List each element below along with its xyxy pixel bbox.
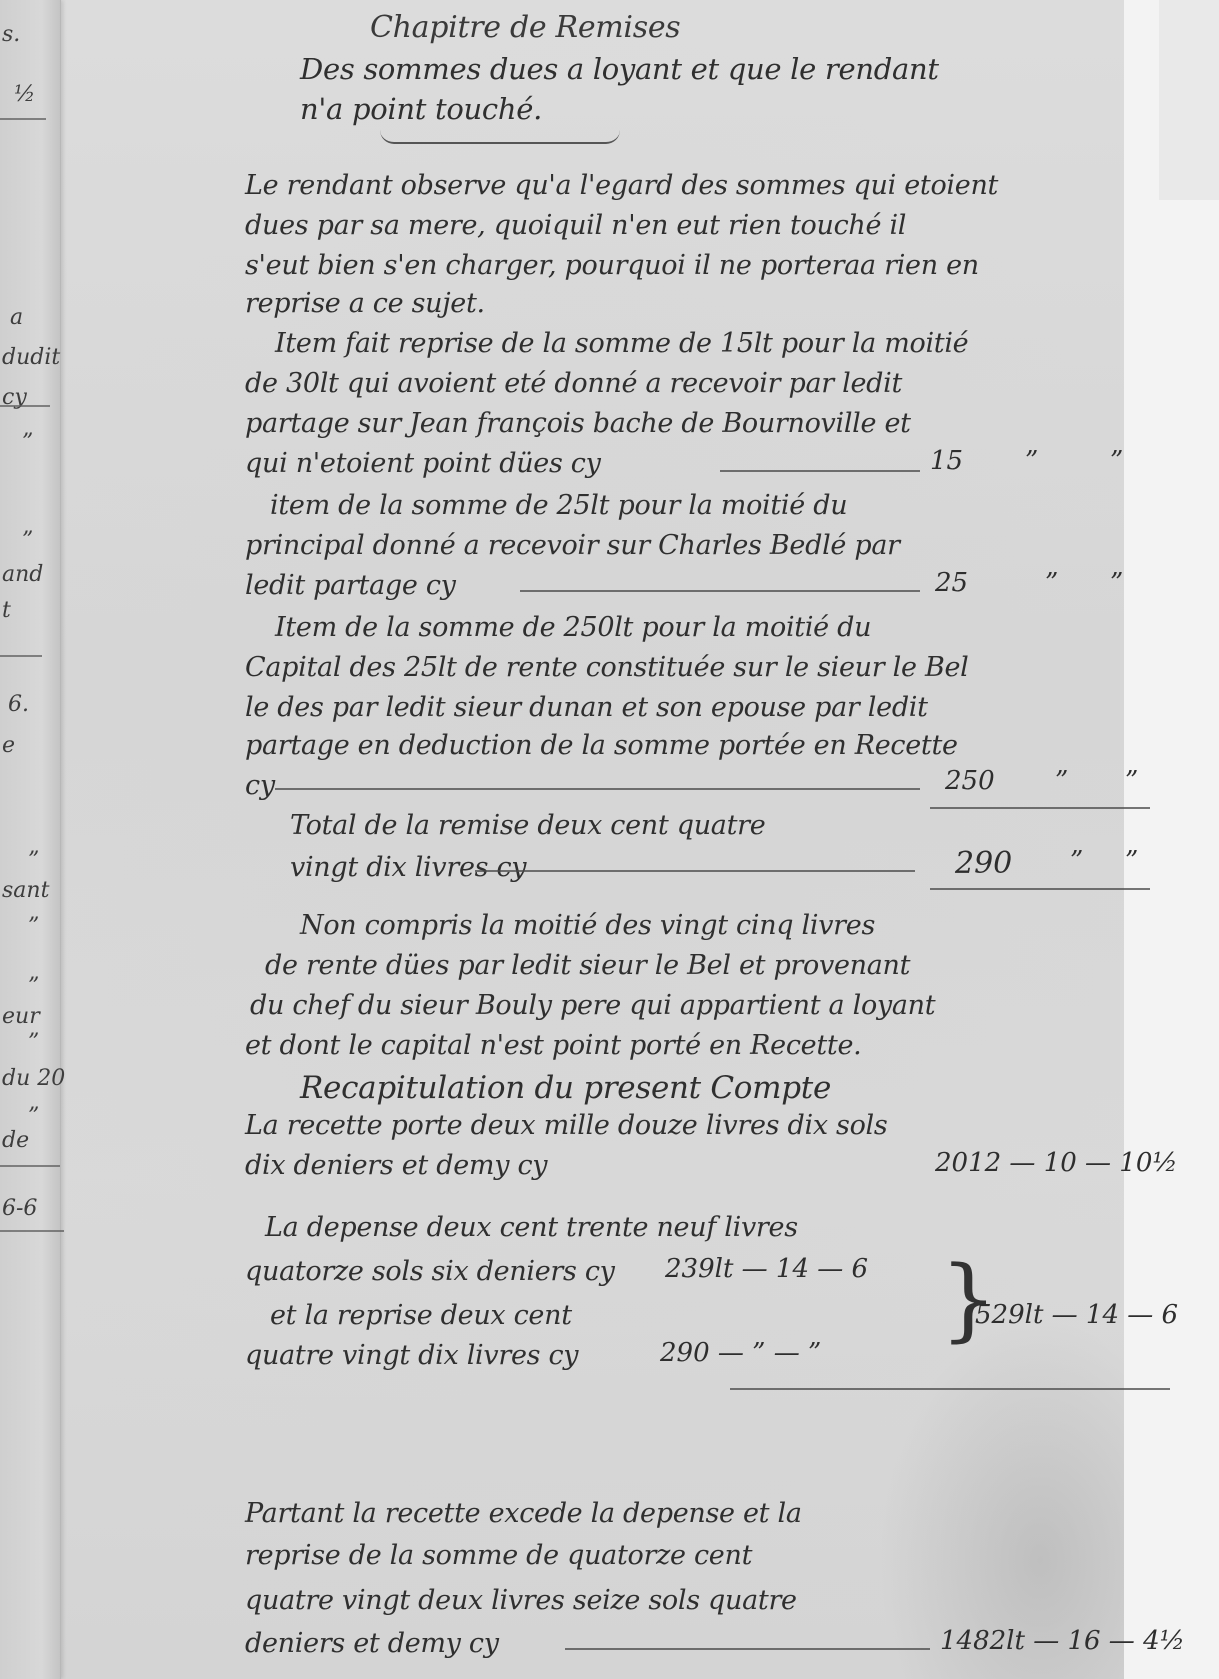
observation-line: dues par sa mere, quoiquil n'en eut rien… [245, 210, 906, 241]
item3-deniers: ” [1125, 766, 1138, 796]
margin-fragment: 6-6 [2, 1196, 37, 1221]
depense-line: quatorze sols six deniers cy [245, 1256, 615, 1287]
item3-line: Capital des 25lt de rente constituée sur… [245, 652, 969, 683]
item2-line: principal donné a recevoir sur Charles B… [245, 530, 900, 561]
leader-rule [520, 590, 920, 592]
item2-line: ledit partage cy [245, 570, 456, 601]
leader-rule [475, 870, 915, 872]
margin-fragment: e [2, 733, 15, 758]
margin-rule [0, 1165, 60, 1167]
reprise-line: quatre vingt dix livres cy [245, 1340, 578, 1371]
margin-fragment: ½ [14, 82, 35, 107]
item1-line: partage sur Jean françois bache de Bourn… [245, 408, 911, 439]
item3-line: cy [245, 770, 275, 801]
item1-deniers: ” [1110, 446, 1123, 476]
item2-livres: 25 [935, 568, 968, 598]
margin-fragment: ” [22, 430, 33, 455]
margin-fragment: du 20 [2, 1066, 65, 1091]
margin-fragment: ” [22, 528, 33, 553]
conclusion-line: reprise de la somme de quatorze cent [245, 1540, 752, 1571]
depense-plus-reprise-amount: 529lt — 14 — 6 [975, 1300, 1178, 1330]
margin-fragment: s. [2, 22, 20, 47]
item1-line: qui n'etoient point dües cy [245, 448, 601, 479]
note-line: de rente dües par ledit sieur le Bel et … [265, 950, 910, 981]
margin-rule [0, 1230, 64, 1232]
title-flourish [380, 130, 620, 144]
total-deniers: ” [1125, 846, 1138, 876]
depense-line: La depense deux cent trente neuf livres [265, 1212, 798, 1243]
sum-rule [930, 888, 1150, 890]
recap-heading: Recapitulation du present Compte [300, 1070, 831, 1106]
balance-amount: 1482lt — 16 — 4½ [940, 1626, 1185, 1656]
margin-fragment: ” [28, 848, 39, 873]
page-edge-background [1124, 0, 1219, 1679]
margin-fragment: t [2, 598, 11, 623]
page-edge-shadow [1159, 0, 1219, 200]
margin-fragment: and [2, 562, 43, 587]
reprise-line: et la reprise deux cent [270, 1300, 572, 1331]
chapter-subtitle: Des sommes dues a loyant et que le renda… [300, 52, 939, 86]
leader-rule [565, 1648, 930, 1650]
observation-line: s'eut bien s'en charger, pourquoi il ne … [245, 250, 979, 281]
item2-sols: ” [1045, 568, 1058, 598]
item2-deniers: ” [1110, 568, 1123, 598]
item3-line: le des par ledit sieur dunan et son epou… [245, 692, 928, 723]
item3-sols: ” [1055, 766, 1068, 796]
margin-fragment: 6. [8, 692, 29, 717]
margin-fragment: de [2, 1128, 29, 1153]
item3-line: Item de la somme de 250lt pour la moitié… [275, 612, 871, 643]
item1-line: Item fait reprise de la somme de 15lt po… [275, 328, 968, 359]
margin-fragment: a [10, 305, 23, 330]
margin-fragment: eur [2, 1004, 40, 1029]
observation-line: reprise a ce sujet. [245, 288, 485, 319]
margin-rule [0, 655, 42, 657]
margin-fragment: dudit [2, 345, 60, 370]
total-line: Total de la remise deux cent quatre [290, 810, 765, 841]
margin-fragment: sant [2, 878, 49, 903]
facing-page-strip [0, 0, 61, 1679]
chapter-subtitle: n'a point touché. [300, 92, 542, 126]
chapter-title: Chapitre de Remises [370, 10, 680, 45]
conclusion-line: quatre vingt deux livres seize sols quat… [245, 1585, 797, 1616]
total-sols: ” [1070, 846, 1083, 876]
leader-rule [720, 470, 920, 472]
leader-rule [275, 788, 920, 790]
manuscript-page: s. ½ a dudit cy ” ” and t 6. e ” sant ” … [0, 0, 1219, 1679]
sum-rule [930, 807, 1150, 809]
conclusion-line: Partant la recette excede la depense et … [245, 1498, 802, 1529]
margin-fragment: ” [28, 1104, 39, 1129]
margin-fragment: ” [28, 914, 39, 939]
item3-line: partage en deduction de la somme portée … [245, 730, 958, 761]
recette-line: La recette porte deux mille douze livres… [245, 1110, 887, 1141]
margin-fragment: ” [28, 1030, 39, 1055]
item3-livres: 250 [945, 766, 995, 796]
reprise-amount: 290 — ” — ” [660, 1338, 821, 1368]
item1-line: de 30lt qui avoient eté donné a recevoir… [245, 368, 902, 399]
note-line: du chef du sieur Bouly pere qui appartie… [250, 990, 935, 1021]
total-livres: 290 [955, 846, 1012, 881]
note-line: Non compris la moitié des vingt cinq liv… [300, 910, 875, 941]
item2-line: item de la somme de 25lt pour la moitié … [270, 490, 847, 521]
observation-line: Le rendant observe qu'a l'egard des somm… [245, 170, 998, 201]
recette-line: dix deniers et demy cy [245, 1150, 547, 1181]
conclusion-line: deniers et demy cy [245, 1628, 499, 1659]
margin-rule [0, 118, 46, 120]
margin-rule [0, 405, 50, 407]
item1-sols: ” [1025, 446, 1038, 476]
recette-amount: 2012 — 10 — 10½ [935, 1148, 1178, 1178]
item1-livres: 15 [930, 446, 963, 476]
sum-rule [730, 1388, 1170, 1390]
margin-fragment: ” [28, 974, 39, 999]
depense-amount: 239lt — 14 — 6 [665, 1254, 868, 1284]
note-line: et dont le capital n'est point porté en … [245, 1030, 861, 1061]
total-line: vingt dix livres cy [290, 852, 526, 883]
